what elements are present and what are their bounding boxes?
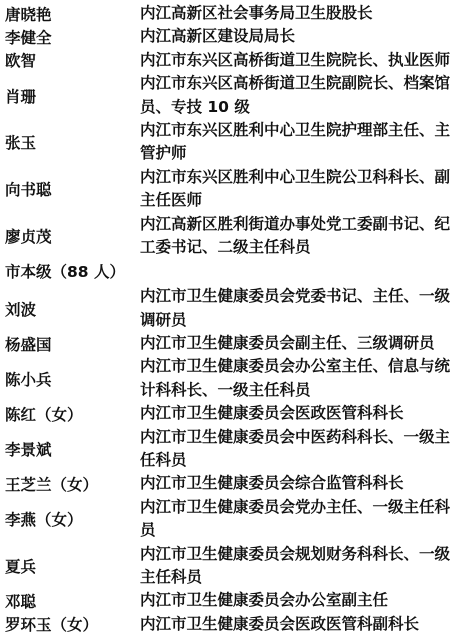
person-name: 向书聪 xyxy=(0,178,140,200)
title-line: 内江市东兴区高桥街道卫生院副院长、档案馆 xyxy=(140,72,465,95)
title-line: 内江高新区建设局局长 xyxy=(140,25,465,48)
list-item: 欧智 内江市东兴区高桥街道卫生院院长、执业医师 xyxy=(0,49,465,72)
list-item: 陈红（女） 内江市卫生健康委员会医政医管科科长 xyxy=(0,402,465,425)
person-name: 李燕（女） xyxy=(0,508,140,530)
list-item: 李健全 内江高新区建设局局长 xyxy=(0,25,465,48)
person-name: 张玉 xyxy=(0,131,140,153)
title-line: 内江高新区胜利街道办事处党工委副书记、纪 xyxy=(140,213,465,236)
list-item: 唐晓艳 内江高新区社会事务局卫生股股长 xyxy=(0,2,465,25)
person-title: 内江市东兴区高桥街道卫生院院长、执业医师 xyxy=(140,49,465,72)
title-line: 内江市东兴区高桥街道卫生院院长、执业医师 xyxy=(140,49,465,72)
title-line: 员 xyxy=(140,519,465,542)
list-item: 王芝兰（女） 内江市卫生健康委员会综合监管科科长 xyxy=(0,472,465,495)
list-item: 李景斌 内江市卫生健康委员会中医药科科长、一级主 任科员 xyxy=(0,426,465,473)
title-line: 主任科员 xyxy=(140,566,465,589)
person-name: 陈红（女） xyxy=(0,403,140,425)
title-line: 工委书记、二级主任科员 xyxy=(140,236,465,259)
title-line: 内江市卫生健康委员会中医药科科长、一级主 xyxy=(140,426,465,449)
title-line: 计科科长、一级主任科员 xyxy=(140,379,465,402)
title-line: 主任医师 xyxy=(140,189,465,212)
title-line: 任科员 xyxy=(140,449,465,472)
title-line: 内江市卫生健康委员会副主任、三级调研员 xyxy=(140,332,465,355)
person-name: 王芝兰（女） xyxy=(0,473,140,495)
title-line: 内江市卫生健康委员会办公室副主任 xyxy=(140,589,465,612)
title-line: 内江市卫生健康委员会党委书记、主任、一级 xyxy=(140,285,465,308)
list-item: 张玉 内江市东兴区胜利中心卫生院护理部主任、主 管护师 xyxy=(0,119,465,166)
list-item: 肖珊 内江市东兴区高桥街道卫生院副院长、档案馆 员、专技 10 级 xyxy=(0,72,465,119)
list-item: 李燕（女） 内江市卫生健康委员会党办主任、一级主任科 员 xyxy=(0,496,465,543)
person-name: 李景斌 xyxy=(0,438,140,460)
person-name: 罗环玉（女） xyxy=(0,613,140,635)
title-line: 内江市卫生健康委员会医政医管科科长 xyxy=(140,402,465,425)
person-title: 内江高新区社会事务局卫生股股长 xyxy=(140,2,465,25)
person-name: 唐晓艳 xyxy=(0,3,140,25)
title-line: 内江市卫生健康委员会医政医管科副科长 xyxy=(140,613,465,636)
person-name: 陈小兵 xyxy=(0,368,140,390)
list-item: 刘波 内江市卫生健康委员会党委书记、主任、一级 调研员 xyxy=(0,285,465,332)
title-line: 内江高新区社会事务局卫生股股长 xyxy=(140,2,465,25)
personnel-list: 唐晓艳 内江高新区社会事务局卫生股股长 李健全 内江高新区建设局局长 欧智 内江… xyxy=(0,2,465,636)
title-line: 调研员 xyxy=(140,309,465,332)
list-item: 廖贞茂 内江高新区胜利街道办事处党工委副书记、纪 工委书记、二级主任科员 xyxy=(0,213,465,260)
list-item: 夏兵 内江市卫生健康委员会规划财务科科长、一级 主任科员 xyxy=(0,543,465,590)
list-item: 罗环玉（女） 内江市卫生健康委员会医政医管科副科长 xyxy=(0,613,465,636)
list-item: 陈小兵 内江市卫生健康委员会办公室主任、信息与统 计科科长、一级主任科员 xyxy=(0,355,465,402)
person-title: 内江市卫生健康委员会综合监管科科长 xyxy=(140,472,465,495)
title-line: 内江市卫生健康委员会党办主任、一级主任科 xyxy=(140,496,465,519)
person-title: 内江市卫生健康委员会医政医管科科长 xyxy=(140,402,465,425)
person-title: 内江高新区建设局局长 xyxy=(140,25,465,48)
person-title: 内江市卫生健康委员会办公室主任、信息与统 计科科长、一级主任科员 xyxy=(140,355,465,402)
person-name: 廖贞茂 xyxy=(0,225,140,247)
person-name: 刘波 xyxy=(0,298,140,320)
person-title: 内江市卫生健康委员会中医药科科长、一级主 任科员 xyxy=(140,426,465,473)
person-title: 内江市卫生健康委员会副主任、三级调研员 xyxy=(140,332,465,355)
list-item: 邓聪 内江市卫生健康委员会办公室副主任 xyxy=(0,589,465,612)
person-name: 杨盛国 xyxy=(0,333,140,355)
person-name: 李健全 xyxy=(0,26,140,48)
person-name: 夏兵 xyxy=(0,555,140,577)
title-line: 内江市卫生健康委员会办公室主任、信息与统 xyxy=(140,355,465,378)
person-name: 邓聪 xyxy=(0,590,140,612)
person-title: 内江市卫生健康委员会规划财务科科长、一级 主任科员 xyxy=(140,543,465,590)
person-title: 内江市东兴区胜利中心卫生院护理部主任、主 管护师 xyxy=(140,119,465,166)
person-title: 内江市卫生健康委员会党办主任、一级主任科 员 xyxy=(140,496,465,543)
title-line: 管护师 xyxy=(140,142,465,165)
title-line: 内江市东兴区胜利中心卫生院公卫科科长、副 xyxy=(140,166,465,189)
title-line: 内江市卫生健康委员会规划财务科科长、一级 xyxy=(140,543,465,566)
person-title: 内江市东兴区高桥街道卫生院副院长、档案馆 员、专技 10 级 xyxy=(140,72,465,119)
person-title: 内江市卫生健康委员会医政医管科副科长 xyxy=(140,613,465,636)
list-item: 杨盛国 内江市卫生健康委员会副主任、三级调研员 xyxy=(0,332,465,355)
person-title: 内江市东兴区胜利中心卫生院公卫科科长、副 主任医师 xyxy=(140,166,465,213)
section-heading: 市本级（88 人） xyxy=(0,259,300,285)
person-title: 内江市卫生健康委员会党委书记、主任、一级 调研员 xyxy=(140,285,465,332)
title-line: 员、专技 10 级 xyxy=(140,96,465,119)
section-heading-row: 市本级（88 人） xyxy=(0,259,465,285)
person-name: 欧智 xyxy=(0,49,140,71)
title-line: 内江市东兴区胜利中心卫生院护理部主任、主 xyxy=(140,119,465,142)
title-line: 内江市卫生健康委员会综合监管科科长 xyxy=(140,472,465,495)
person-title: 内江高新区胜利街道办事处党工委副书记、纪 工委书记、二级主任科员 xyxy=(140,213,465,260)
person-name: 肖珊 xyxy=(0,85,140,107)
list-item: 向书聪 内江市东兴区胜利中心卫生院公卫科科长、副 主任医师 xyxy=(0,166,465,213)
person-title: 内江市卫生健康委员会办公室副主任 xyxy=(140,589,465,612)
